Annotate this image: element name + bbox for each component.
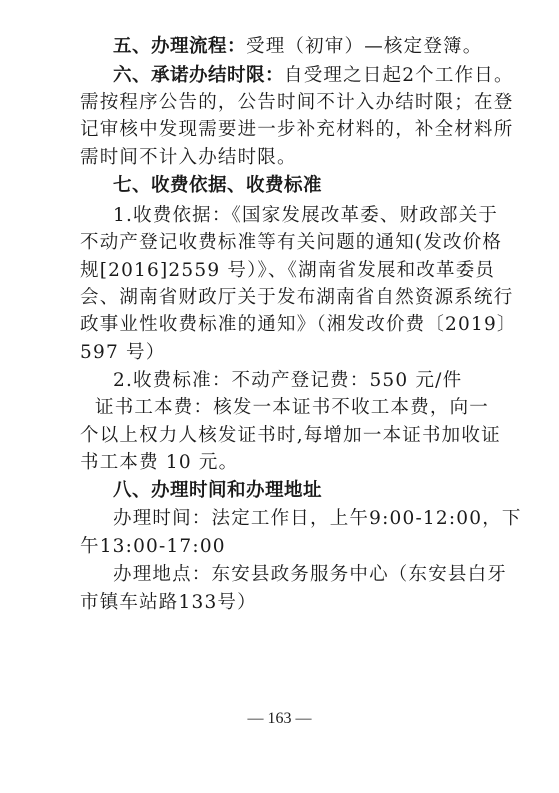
paragraph-line: 记审核中发现需要进一步补充材料的，补全材料所	[80, 117, 550, 143]
paragraph-line: 办理地点：东安县政务服务中心（东安县白牙	[113, 562, 550, 588]
paragraph-line: 1.收费依据：《国家发展改革委、财政部关于	[113, 203, 550, 229]
section-7-heading: 七、收费依据、收费标准	[113, 173, 550, 199]
paragraph-line: 会、湖南省财政厅关于发布湖南省自然资源系统行	[80, 285, 550, 311]
section-8-heading: 八、办理时间和办理地址	[113, 478, 550, 504]
paragraph-line: 书工本费 10 元。	[80, 450, 550, 476]
paragraph-line: 办理时间：法定工作日，上午9:00-12:00，下	[113, 506, 550, 532]
paragraph-line: 市镇车站路133号）	[80, 590, 550, 616]
section-5-text: 受理（初审）—核定登簿。	[246, 36, 482, 57]
section-5-label: 五、办理流程：	[113, 36, 246, 57]
section-5-line: 五、办理流程：受理（初审）—核定登簿。	[113, 34, 550, 60]
paragraph-line: 午13:00-17:00	[80, 534, 550, 560]
paragraph-line: 政事业性收费标准的通知》（湘发改价费〔2019〕	[80, 312, 550, 338]
section-6-text: 自受理之日起2个工作日。	[284, 65, 514, 86]
paragraph-line: 需时间不计入办结时限。	[80, 145, 550, 171]
section-6-label: 六、承诺办结时限：	[113, 65, 284, 86]
paragraph-line: 规[2016]2559 号）》、《湖南省发展和改革委员	[80, 258, 550, 284]
document-page: 五、办理流程：受理（初审）—核定登簿。 六、承诺办结时限：自受理之日起2个工作日…	[0, 0, 559, 793]
paragraph-line: 个以上权力人核发证书时,每增加一本证书加收证	[80, 423, 550, 449]
fee-standard-line: 2.收费标准：不动产登记费：550 元/件	[113, 368, 550, 394]
paragraph-line: 证书工本费：核发一本证书不收工本费，向一	[95, 395, 550, 421]
paragraph-line: 597 号）	[80, 340, 550, 366]
paragraph-line: 需按程序公告的，公告时间不计入办结时限；在登	[80, 90, 550, 116]
paragraph-line: 不动产登记收费标准等有关问题的通知(发改价格	[80, 230, 550, 256]
section-6-line: 六、承诺办结时限：自受理之日起2个工作日。	[113, 63, 550, 89]
page-number: — 163 —	[0, 710, 559, 728]
